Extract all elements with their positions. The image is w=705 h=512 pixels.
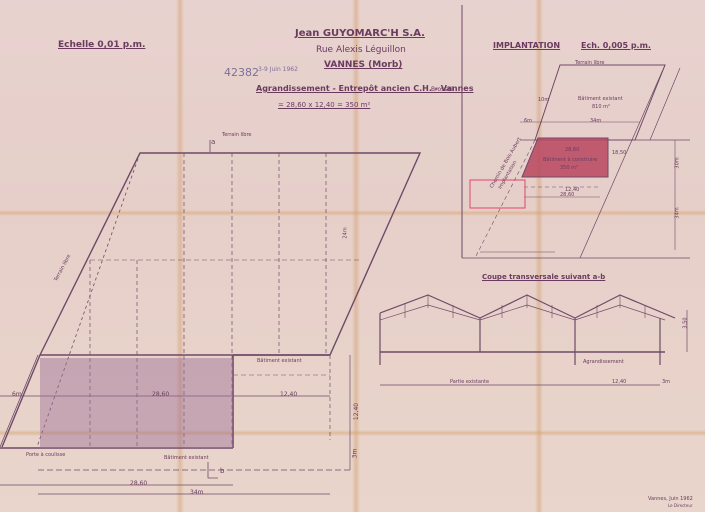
red-stamp	[470, 180, 525, 208]
implantation-dim-2: 6m	[524, 118, 532, 124]
implantation-dim-7: 30m	[675, 157, 681, 168]
dim-bottom-2: 34m	[190, 489, 203, 496]
implantation-dim-6: 18,50	[612, 150, 626, 156]
building-existing-label: Bâtiment existant	[578, 96, 623, 102]
section-label-extension: Agrandissement	[583, 359, 624, 365]
dim-vertical-right: 12,40	[353, 403, 360, 420]
dim-bottom-1: 28,60	[130, 480, 147, 487]
new-building-hatch	[40, 358, 233, 448]
signature-text: Vannes, Juin 1962	[648, 496, 693, 502]
section-mark-b: b	[220, 467, 224, 475]
dim-left: 6m	[12, 391, 22, 398]
implantation-dim-5: 28,60	[560, 192, 574, 198]
company-street: Rue Alexis Léguillon	[316, 45, 406, 55]
implantation-dim-3: 34m	[590, 118, 601, 124]
section-dim-span: 12,40	[612, 379, 626, 385]
dim-right: 12,40	[280, 391, 297, 398]
dim-center: 28,60	[152, 391, 169, 398]
implantation-title: IMPLANTATION	[493, 41, 560, 50]
project-suffix: Brossel	[431, 86, 453, 93]
section-dim-height: 3,50	[683, 317, 689, 328]
dim-vertical-top: 24m	[343, 227, 349, 238]
building-existing-area: 810 m²	[592, 104, 610, 110]
building-new-area: 350 m²	[560, 165, 578, 171]
implantation-dim-8: 34m	[675, 207, 681, 218]
implantation-dim-1: 10m	[538, 97, 549, 103]
blueprint-sheet: Jean GUYOMARC'H S.A. Rue Alexis Léguillo…	[0, 0, 705, 512]
implantation-label-top: Terrain libre	[575, 60, 605, 66]
label-batiment-1: Bâtiment existant	[164, 455, 209, 461]
label-porte: Porte à coulisse	[26, 452, 65, 458]
company-city: VANNES (Morb)	[324, 60, 402, 70]
drawing-lines	[0, 0, 705, 512]
section-label-existing: Partie existante	[450, 379, 489, 385]
registration-date: 3-9 Juin 1962	[258, 66, 298, 73]
section-title: Coupe transversale suivant a-b	[482, 273, 605, 281]
dim-vertical-small: 3m	[351, 449, 358, 459]
section-mark-a: a	[211, 138, 215, 146]
section-drawing	[380, 295, 687, 385]
label-terrain-top: Terrain libre	[222, 132, 252, 138]
company-name: Jean GUYOMARC'H S.A.	[295, 28, 425, 39]
label-batiment-2: Bâtiment existant	[257, 358, 302, 364]
building-new-label: Bâtiment à construire	[543, 157, 597, 163]
area-formula: = 28,60 x 12,40 = 350 m²	[278, 101, 370, 109]
building-new-dim: 28,60	[565, 147, 579, 153]
section-dim-end: 3m	[662, 379, 670, 385]
implantation-scale: Ech. 0,005 p.m.	[581, 41, 651, 50]
registration-number: 42382	[224, 66, 259, 79]
scale-label: Echelle 0,01 p.m.	[58, 40, 145, 50]
signature-sub: Le Directeur	[668, 503, 693, 508]
